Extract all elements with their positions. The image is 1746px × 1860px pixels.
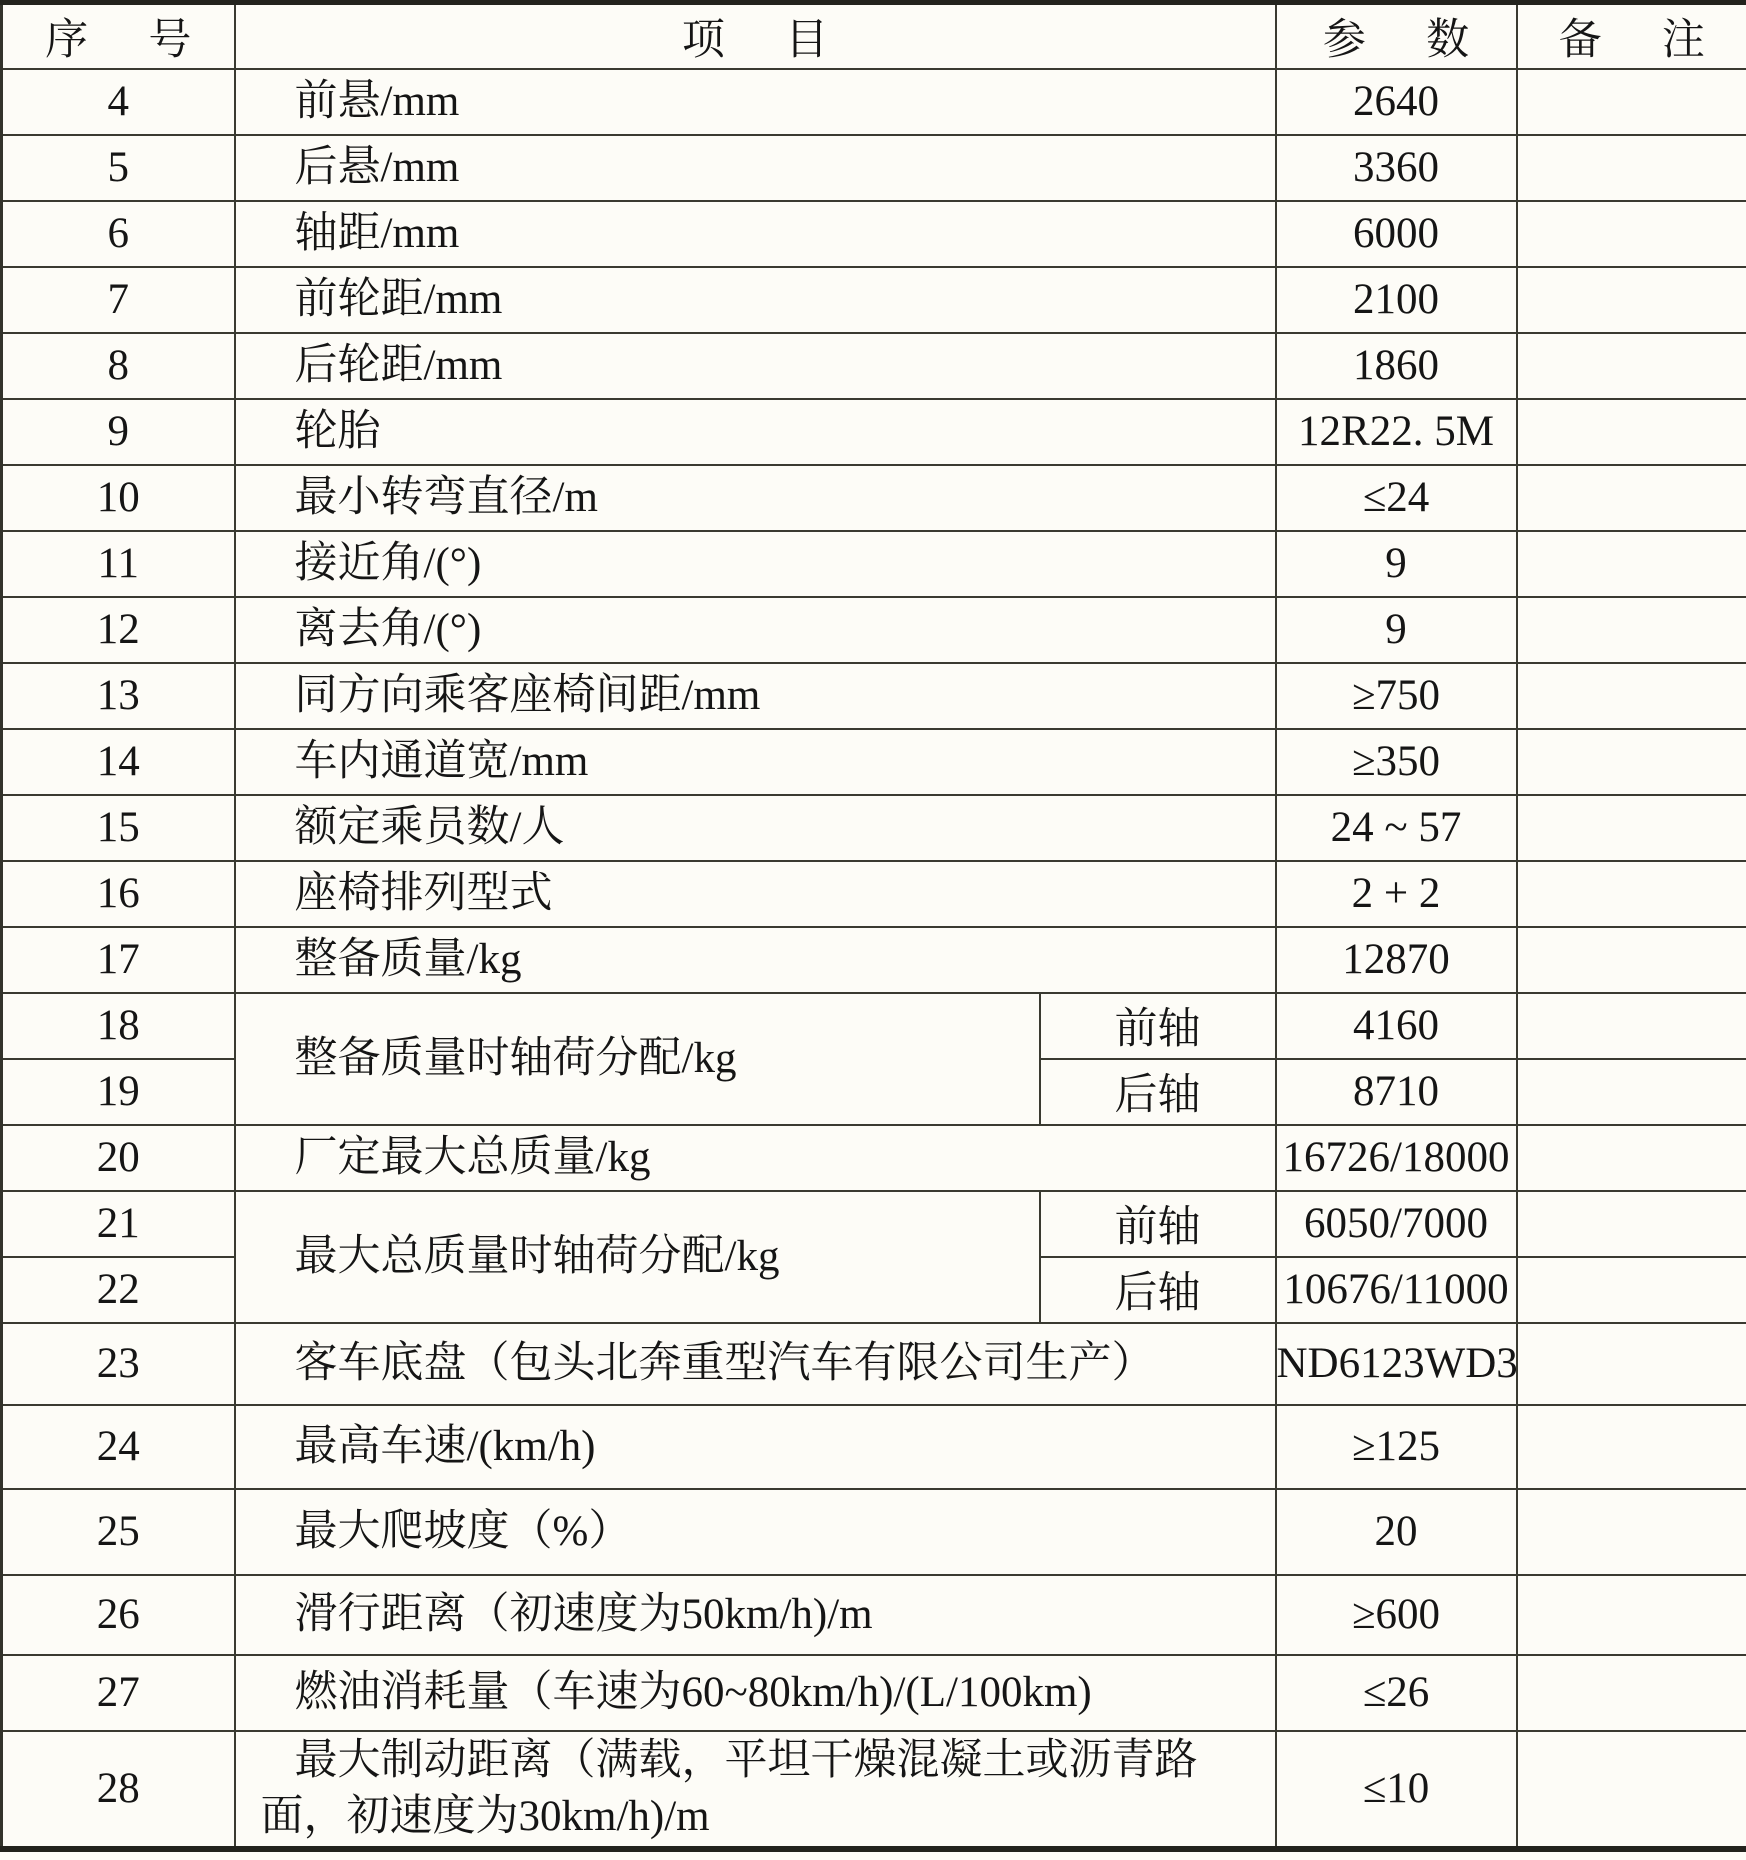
table-row-6: 6 轴距/mm 6000 — [2, 201, 1746, 267]
header-remark: 备注 — [1517, 3, 1746, 69]
row-item: 整备质量/kg — [235, 927, 1276, 993]
table-row-20: 20 厂定最大总质量/kg 16726/18000 — [2, 1125, 1746, 1191]
header-item-label: 项目 — [682, 17, 888, 64]
row-remark — [1517, 135, 1746, 201]
row-item: 座椅排列型式 — [235, 861, 1276, 927]
row-no: 15 — [2, 795, 235, 861]
row-item: 车内通道宽/mm — [235, 729, 1276, 795]
row-param: 6050/7000 — [1276, 1191, 1517, 1257]
row-remark — [1517, 399, 1746, 465]
table-row-28: 28 最大制动距离（满载，平坦干燥混凝土或沥青路面，初速度为30km/h)/m … — [2, 1731, 1746, 1849]
row-remark — [1517, 927, 1746, 993]
row-item: 同方向乘客座椅间距/mm — [235, 663, 1276, 729]
table-row-18: 18 整备质量时轴荷分配/kg 前轴 4160 — [2, 993, 1746, 1059]
header-remark-label: 备注 — [1559, 17, 1746, 64]
row-param: 16726/18000 — [1276, 1125, 1517, 1191]
row-param: 10676/11000 — [1276, 1257, 1517, 1323]
row-remark — [1517, 333, 1746, 399]
row-no: 28 — [2, 1731, 235, 1849]
row-no: 7 — [2, 267, 235, 333]
table-row-10: 10 最小转弯直径/m ≤24 — [2, 465, 1746, 531]
row-remark — [1517, 1731, 1746, 1849]
row-item: 后轮距/mm — [235, 333, 1276, 399]
axle-label: 前轴 — [1040, 993, 1276, 1059]
row-param: 12R22. 5M — [1276, 399, 1517, 465]
row-no: 12 — [2, 597, 235, 663]
row-no: 23 — [2, 1323, 235, 1405]
row-remark — [1517, 1257, 1746, 1323]
table-row-13: 13 同方向乘客座椅间距/mm ≥750 — [2, 663, 1746, 729]
row-item: 最高车速/(km/h) — [235, 1405, 1276, 1489]
row-item: 额定乘员数/人 — [235, 795, 1276, 861]
row-remark — [1517, 993, 1746, 1059]
row-item: 最小转弯直径/m — [235, 465, 1276, 531]
row-param: ≥600 — [1276, 1575, 1517, 1655]
table-row-15: 15 额定乘员数/人 24 ~ 57 — [2, 795, 1746, 861]
row-param: 2100 — [1276, 267, 1517, 333]
row-remark — [1517, 1125, 1746, 1191]
row-no: 5 — [2, 135, 235, 201]
row-no: 9 — [2, 399, 235, 465]
row-remark — [1517, 597, 1746, 663]
row-no: 24 — [2, 1405, 235, 1489]
row-item: 离去角/(°) — [235, 597, 1276, 663]
row-remark — [1517, 795, 1746, 861]
table-row-24: 24 最高车速/(km/h) ≥125 — [2, 1405, 1746, 1489]
row-no: 18 — [2, 993, 235, 1059]
table-row-9: 9 轮胎 12R22. 5M — [2, 399, 1746, 465]
table-row-14: 14 车内通道宽/mm ≥350 — [2, 729, 1746, 795]
row-item: 轴距/mm — [235, 201, 1276, 267]
header-item: 项目 — [235, 3, 1276, 69]
table-row-8: 8 后轮距/mm 1860 — [2, 333, 1746, 399]
row-no: 4 — [2, 69, 235, 135]
table-row-7: 7 前轮距/mm 2100 — [2, 267, 1746, 333]
table-row-21: 21 最大总质量时轴荷分配/kg 前轴 6050/7000 — [2, 1191, 1746, 1257]
table-row-26: 26 滑行距离（初速度为50km/h)/m ≥600 — [2, 1575, 1746, 1655]
row-remark — [1517, 1489, 1746, 1575]
table-row-11: 11 接近角/(°) 9 — [2, 531, 1746, 597]
row-remark — [1517, 267, 1746, 333]
row-item: 轮胎 — [235, 399, 1276, 465]
row-param: ≥750 — [1276, 663, 1517, 729]
row-no: 22 — [2, 1257, 235, 1323]
row-remark — [1517, 1059, 1746, 1125]
row-item: 前悬/mm — [235, 69, 1276, 135]
axle-label: 后轴 — [1040, 1257, 1276, 1323]
row-item: 厂定最大总质量/kg — [235, 1125, 1276, 1191]
axle-label: 后轴 — [1040, 1059, 1276, 1125]
row-no: 13 — [2, 663, 235, 729]
header-no: 序号 — [2, 3, 235, 69]
row-item: 前轮距/mm — [235, 267, 1276, 333]
axle-label: 前轴 — [1040, 1191, 1276, 1257]
header-param: 参数 — [1276, 3, 1517, 69]
row-no: 25 — [2, 1489, 235, 1575]
row-param: 6000 — [1276, 201, 1517, 267]
row-no: 11 — [2, 531, 235, 597]
table-row-25: 25 最大爬坡度（%） 20 — [2, 1489, 1746, 1575]
row-item: 客车底盘（包头北奔重型汽车有限公司生产） — [235, 1323, 1276, 1405]
row-param: 8710 — [1276, 1059, 1517, 1125]
row-remark — [1517, 861, 1746, 927]
row-remark — [1517, 663, 1746, 729]
row-no: 6 — [2, 201, 235, 267]
vehicle-spec-table: 序号 项目 参数 备注 4 前悬/mm 2640 5 后悬/mm 3360 6 … — [0, 0, 1746, 1852]
row-param: 9 — [1276, 597, 1517, 663]
row-item: 滑行距离（初速度为50km/h)/m — [235, 1575, 1276, 1655]
table-row-5: 5 后悬/mm 3360 — [2, 135, 1746, 201]
row-param: 1860 — [1276, 333, 1517, 399]
row-param: ≥350 — [1276, 729, 1517, 795]
row-param: ≥125 — [1276, 1405, 1517, 1489]
row-item: 燃油消耗量（车速为60~80km/h)/(L/100km) — [235, 1655, 1276, 1731]
table-row-17: 17 整备质量/kg 12870 — [2, 927, 1746, 993]
row-item: 接近角/(°) — [235, 531, 1276, 597]
row-no: 27 — [2, 1655, 235, 1731]
row-param: ≤10 — [1276, 1731, 1517, 1849]
header-param-label: 参数 — [1323, 17, 1517, 64]
row-remark — [1517, 1405, 1746, 1489]
table-row-16: 16 座椅排列型式 2 + 2 — [2, 861, 1746, 927]
row-item: 最大爬坡度（%） — [235, 1489, 1276, 1575]
row-param: ≤24 — [1276, 465, 1517, 531]
row-remark — [1517, 1575, 1746, 1655]
row-no: 20 — [2, 1125, 235, 1191]
row-remark — [1517, 201, 1746, 267]
row-no: 14 — [2, 729, 235, 795]
header-row: 序号 项目 参数 备注 — [2, 3, 1746, 69]
row-no: 16 — [2, 861, 235, 927]
row-param: 2640 — [1276, 69, 1517, 135]
row-item-merged: 最大总质量时轴荷分配/kg — [235, 1191, 1040, 1323]
table-row-27: 27 燃油消耗量（车速为60~80km/h)/(L/100km) ≤26 — [2, 1655, 1746, 1731]
row-no: 10 — [2, 465, 235, 531]
row-no: 21 — [2, 1191, 235, 1257]
row-no: 26 — [2, 1575, 235, 1655]
row-remark — [1517, 465, 1746, 531]
row-remark — [1517, 1191, 1746, 1257]
row-remark — [1517, 69, 1746, 135]
row-param: 9 — [1276, 531, 1517, 597]
row-param: 24 ~ 57 — [1276, 795, 1517, 861]
row-param: 4160 — [1276, 993, 1517, 1059]
row-remark — [1517, 531, 1746, 597]
row-no: 17 — [2, 927, 235, 993]
row-param: 2 + 2 — [1276, 861, 1517, 927]
row-param: ND6123WD33 — [1276, 1323, 1517, 1405]
table-row-12: 12 离去角/(°) 9 — [2, 597, 1746, 663]
row-item-merged: 整备质量时轴荷分配/kg — [235, 993, 1040, 1125]
row-remark — [1517, 1323, 1746, 1405]
row-item: 最大制动距离（满载，平坦干燥混凝土或沥青路面，初速度为30km/h)/m — [235, 1731, 1276, 1849]
header-no-label: 序号 — [45, 17, 234, 64]
row-param: 12870 — [1276, 927, 1517, 993]
row-remark — [1517, 1655, 1746, 1731]
row-remark — [1517, 729, 1746, 795]
row-param: 3360 — [1276, 135, 1517, 201]
row-no: 8 — [2, 333, 235, 399]
row-param: 20 — [1276, 1489, 1517, 1575]
row-item: 后悬/mm — [235, 135, 1276, 201]
row-no: 19 — [2, 1059, 235, 1125]
table-row-23: 23 客车底盘（包头北奔重型汽车有限公司生产） ND6123WD33 — [2, 1323, 1746, 1405]
row-param: ≤26 — [1276, 1655, 1517, 1731]
table-row-4: 4 前悬/mm 2640 — [2, 69, 1746, 135]
